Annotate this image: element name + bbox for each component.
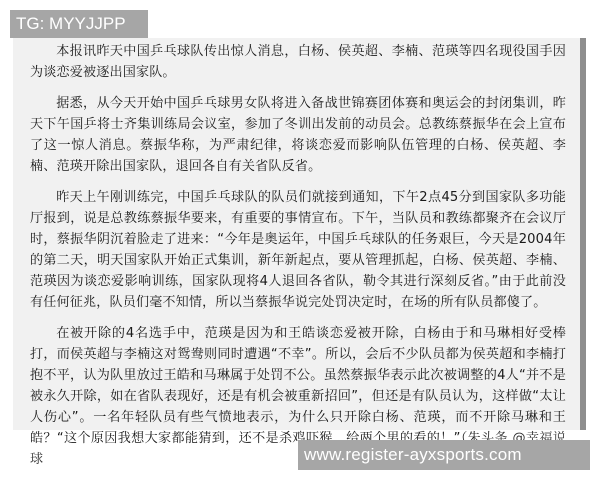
article-paragraph-2: 据悉，从今天开始中国乒乓球男女队将进入备战世锦赛团体赛和奥运会的封闭集训，昨天下… bbox=[30, 93, 566, 177]
watermark-top-label: TG: MYYJJPP bbox=[10, 10, 148, 38]
article-paragraph-4-text: 在被开除的4名选手中，范瑛是因为和王皓谈恋爱被开除，白杨由于和马琳相好受棒打，而… bbox=[30, 326, 566, 446]
page-edge-shadow bbox=[580, 38, 586, 430]
watermark-bottom-url: www.register-ayxsports.com bbox=[298, 440, 590, 470]
article-paragraph-1: 本报讯昨天中国乒乓球队传出惊人消息，白杨、侯英超、李楠、范瑛等四名现役国手因为谈… bbox=[30, 41, 566, 83]
article-paragraph-3: 昨天上午刚训练完，中国乒乓球队的队员们就接到通知，下午2点45分到国家队多功能厅… bbox=[30, 187, 566, 313]
article-body: 本报讯昨天中国乒乓球队传出惊人消息，白杨、侯英超、李楠、范瑛等四名现役国手因为谈… bbox=[30, 41, 566, 470]
